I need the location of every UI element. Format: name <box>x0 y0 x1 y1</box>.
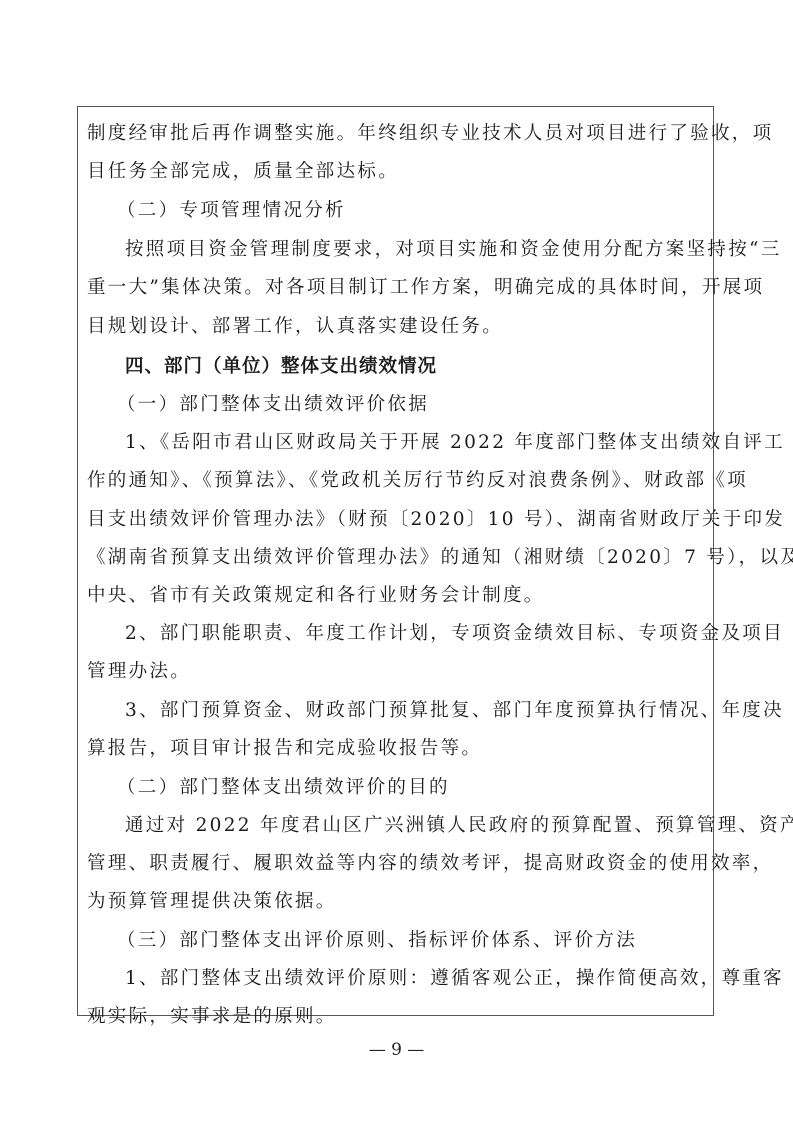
section-heading: 四、部门（单位）整体支出绩效情况 <box>125 348 437 386</box>
paragraph-line: 1、部门整体支出绩效评价原则：遵循客观公正，操作简便高效，尊重客 <box>125 960 784 998</box>
section-subheading: （二）专项管理情况分析 <box>117 192 346 230</box>
paragraph-line: 通过对 2022 年度君山区广兴洲镇人民政府的预算配置、预算管理、资产 <box>125 807 793 845</box>
paragraph-line: 管理办法。 <box>87 653 191 691</box>
paragraph-line: 《湖南省预算支出绩效评价管理办法》的通知（湘财绩〔2020〕7 号），以及 <box>87 539 793 577</box>
page-number: — 9 — <box>0 1040 793 1060</box>
section-subheading: （三）部门整体支出评价原则、指标评价体系、评价方法 <box>117 922 637 960</box>
paragraph-line: 3、部门预算资金、财政部门预算批复、部门年度预算执行情况、年度决 <box>125 692 784 730</box>
paragraph-line: 2、部门职能职责、年度工作计划，专项资金绩效目标、专项资金及项目 <box>125 615 784 653</box>
document-frame: 制度经审批后再作调整实施。年终组织专业技术人员对项目进行了验收，项 目任务全部完… <box>77 106 714 1016</box>
paragraph-line: 目任务全部完成，质量全部达标。 <box>87 153 399 191</box>
paragraph-line: 按照项目资金管理制度要求，对项目实施和资金使用分配方案坚持按“三 <box>125 231 782 269</box>
paragraph-line: 目支出绩效评价管理办法》（财预〔2020〕10 号）、湖南省财政厅关于印发 <box>87 501 785 539</box>
paragraph-line: 算报告，项目审计报告和完成验收报告等。 <box>87 730 482 768</box>
section-subheading: （一）部门整体支出绩效评价依据 <box>117 386 429 424</box>
paragraph-line: 作的通知》、《预算法》、《党政机关厉行节约反对浪费条例》、财政部《项 <box>87 462 748 500</box>
section-subheading: （二）部门整体支出绩效评价的目的 <box>117 769 450 807</box>
paragraph-line: 制度经审批后再作调整实施。年终组织专业技术人员对项目进行了验收，项 <box>87 115 773 153</box>
paragraph-line: 观实际，实事求是的原则。 <box>87 998 337 1036</box>
paragraph-line: 管理、职责履行、履职效益等内容的绩效考评，提高财政资金的使用效率， <box>87 845 773 883</box>
paragraph-line: 目规划设计、部署工作，认真落实建设任务。 <box>87 308 503 346</box>
paragraph-line: 重一大”集体决策。对各项目制订工作方案，明确完成的具体时间，开展项 <box>87 269 764 307</box>
paragraph-line: 为预算管理提供决策依据。 <box>87 883 337 921</box>
paragraph-line: 中央、省市有关政策规定和各行业财务会计制度。 <box>87 577 545 615</box>
paragraph-line: 1、《岳阳市君山区财政局关于开展 2022 年度部门整体支出绩效自评工 <box>125 424 785 462</box>
